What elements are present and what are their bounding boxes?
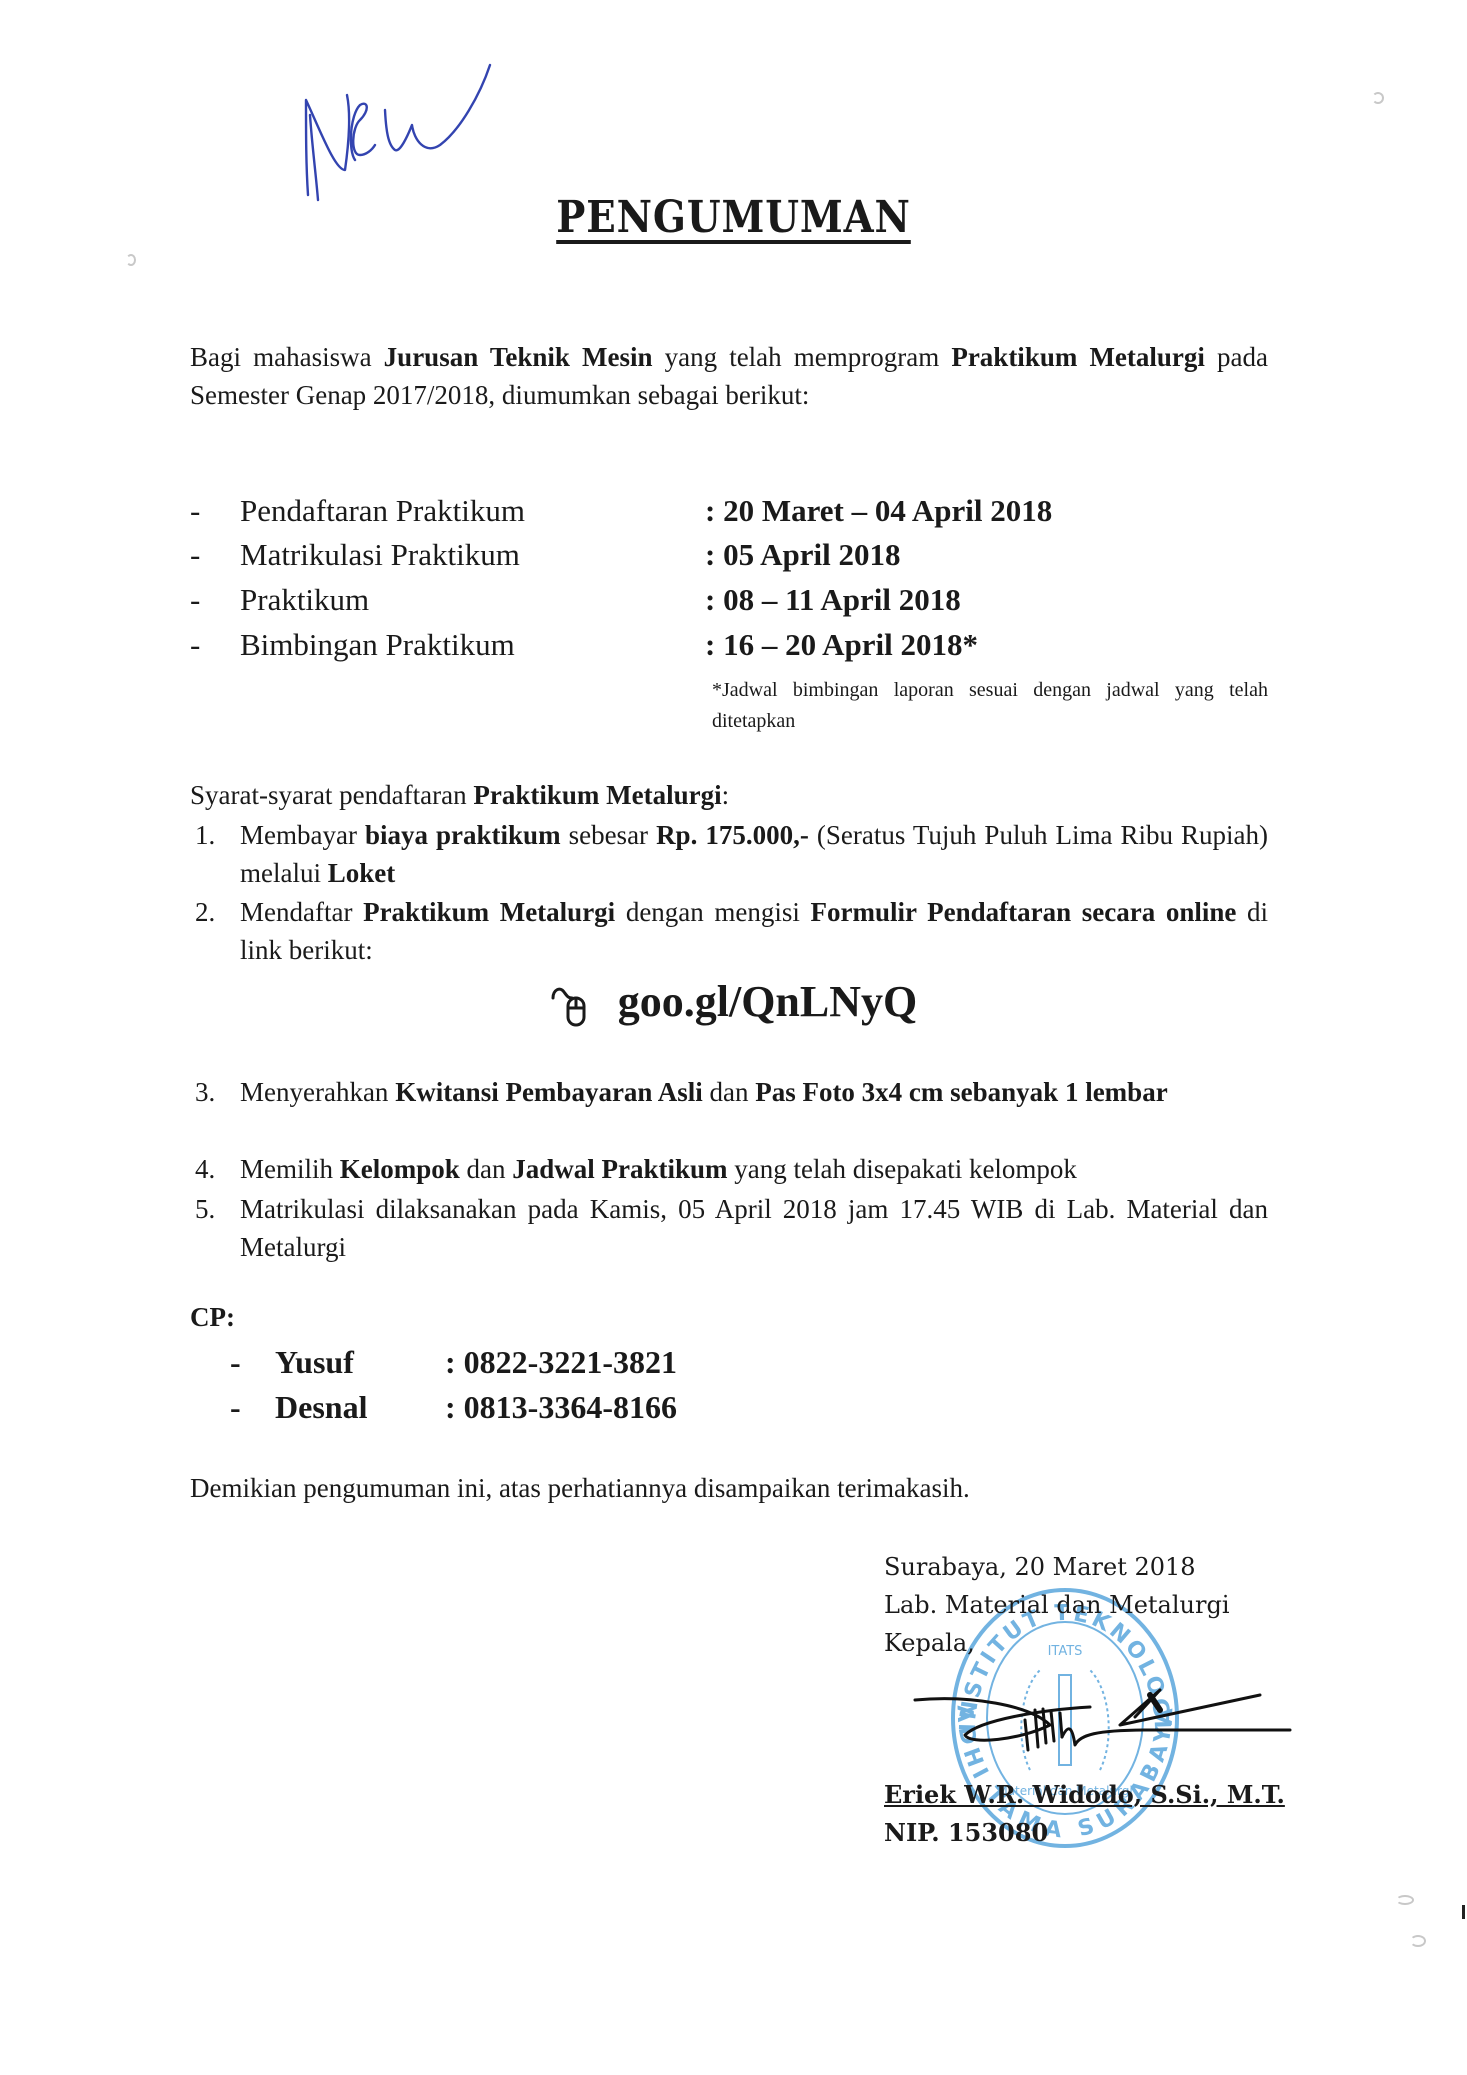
- text-run: Menyerahkan: [240, 1077, 395, 1107]
- text-run: :: [722, 780, 730, 810]
- page-title: PENGUMUMAN: [88, 192, 1379, 243]
- schedule-row: - Praktikum : 08 – 11 April 2018: [190, 582, 1290, 626]
- bullet-dash: -: [230, 1389, 241, 1426]
- bullet-dash: -: [190, 537, 200, 573]
- bullet-dash: -: [190, 627, 200, 663]
- bullet-dash: -: [190, 493, 200, 529]
- emphasized-text: Kwitansi Pembayaran Asli: [395, 1077, 703, 1107]
- item-text: Memilih Kelompok dan Jadwal Praktikum ya…: [240, 1150, 1268, 1188]
- text-run: Syarat-syarat pendaftaran: [190, 780, 473, 810]
- text-run: Matrikulasi dilaksanakan pada Kamis, 05 …: [240, 1194, 1268, 1262]
- text-run: sebesar: [561, 820, 657, 850]
- handwritten-text: New: [300, 55, 302, 56]
- schedule-value: : 08 – 11 April 2018: [705, 582, 961, 618]
- schedule-label: Bimbingan Praktikum: [240, 627, 515, 663]
- scan-speck: [1396, 1895, 1414, 1905]
- text-run: dan: [460, 1154, 512, 1184]
- schedule-label: Pendaftaran Praktikum: [240, 493, 525, 529]
- contact-name: Desnal: [275, 1389, 367, 1426]
- bullet-dash: -: [190, 582, 200, 618]
- emphasized-text: Pas Foto 3x4 cm sebanyak 1 lembar: [755, 1077, 1167, 1107]
- schedule-footnote: *Jadwal bimbingan laporan sesuai dengan …: [712, 675, 1268, 737]
- emphasized-text: Praktikum Metalurgi: [951, 342, 1205, 372]
- contact-phone: : 0813-3364-8166: [445, 1389, 677, 1426]
- emphasized-text: Formulir Pendaftaran secara online: [811, 897, 1237, 927]
- schedule-row: - Matrikulasi Praktikum : 05 April 2018: [190, 537, 1290, 581]
- schedule-value: : 20 Maret – 04 April 2018: [705, 493, 1052, 529]
- signature-block: Surabaya, 20 Maret 2018 Lab. Material da…: [884, 1548, 1344, 1662]
- contact-person-label: CP:: [190, 1302, 235, 1333]
- scan-speck: [126, 254, 136, 266]
- emphasized-text: Praktikum Metalurgi: [473, 780, 721, 810]
- emphasized-text: Jurusan Teknik Mesin: [384, 342, 653, 372]
- handwritten-signature: [910, 1685, 1300, 1770]
- item-number: 2.: [195, 893, 215, 931]
- contact-phone: : 0822-3221-3821: [445, 1344, 677, 1381]
- item-number: 1.: [195, 816, 215, 854]
- bullet-dash: -: [230, 1344, 241, 1381]
- contact-name: Yusuf: [275, 1344, 354, 1381]
- requirement-item: 4. Memilih Kelompok dan Jadwal Praktikum…: [190, 1150, 1268, 1188]
- requirements-heading: Syarat-syarat pendaftaran Praktikum Meta…: [190, 776, 729, 814]
- closing-sentence: Demikian pengumuman ini, atas perhatiann…: [190, 1469, 970, 1507]
- handwritten-new-note: New: [300, 55, 560, 205]
- signer-nip: NIP. 153080: [884, 1818, 1048, 1847]
- emphasized-text: Kelompok: [340, 1154, 460, 1184]
- requirement-item: 5. Matrikulasi dilaksanakan pada Kamis, …: [190, 1190, 1268, 1266]
- emphasized-text: Praktikum Metalurgi: [363, 897, 615, 927]
- text-run: Memilih: [240, 1154, 340, 1184]
- schedule-label: Matrikulasi Praktikum: [240, 537, 520, 573]
- item-text: Matrikulasi dilaksanakan pada Kamis, 05 …: [240, 1190, 1268, 1266]
- place-date: Surabaya, 20 Maret 2018: [884, 1548, 1344, 1586]
- emphasized-text: Rp. 175.000,-: [656, 820, 809, 850]
- text-run: Membayar: [240, 820, 365, 850]
- signer-unit: Lab. Material dan Metalurgi: [884, 1586, 1344, 1624]
- scan-edge-mark: [1462, 1905, 1465, 1919]
- schedule-row: - Bimbingan Praktikum : 16 – 20 April 20…: [190, 627, 1290, 671]
- item-text: Membayar biaya praktikum sebesar Rp. 175…: [240, 816, 1268, 892]
- requirement-item: 1. Membayar biaya praktikum sebesar Rp. …: [190, 816, 1268, 892]
- text-run: dengan mengisi: [615, 897, 810, 927]
- item-number: 3.: [195, 1073, 215, 1111]
- text-run: yang telah memprogram: [653, 342, 952, 372]
- schedule-value: : 05 April 2018: [705, 537, 900, 573]
- requirement-item: 3. Menyerahkan Kwitansi Pembayaran Asli …: [190, 1073, 1268, 1111]
- registration-link[interactable]: goo.gl/QnLNyQ: [618, 977, 918, 1026]
- signer-name: Eriek W.R. Widodo, S.Si., M.T.: [884, 1780, 1285, 1809]
- requirement-item: 2. Mendaftar Praktikum Metalurgi dengan …: [190, 893, 1268, 969]
- emphasized-text: biaya praktikum: [365, 820, 561, 850]
- schedule-row: - Pendaftaran Praktikum : 20 Maret – 04 …: [190, 493, 1290, 537]
- item-text: Mendaftar Praktikum Metalurgi dengan men…: [240, 893, 1268, 969]
- scan-speck: [1372, 92, 1384, 104]
- mouse-icon: [550, 984, 590, 1028]
- item-text: Menyerahkan Kwitansi Pembayaran Asli dan…: [240, 1073, 1268, 1111]
- text-run: Mendaftar: [240, 897, 363, 927]
- text-run: dan: [703, 1077, 755, 1107]
- emphasized-text: Loket: [328, 858, 396, 888]
- signer-role: Kepala,: [884, 1624, 1344, 1662]
- registration-link-row: goo.gl/QnLNyQ: [0, 976, 1467, 1028]
- item-number: 4.: [195, 1150, 215, 1188]
- emphasized-text: Jadwal Praktikum: [512, 1154, 727, 1184]
- schedule-value: : 16 – 20 April 2018*: [705, 627, 978, 663]
- schedule-label: Praktikum: [240, 582, 369, 618]
- scan-speck: [1410, 1935, 1426, 1947]
- item-number: 5.: [195, 1190, 215, 1228]
- text-run: yang telah disepakati kelompok: [728, 1154, 1077, 1184]
- text-run: Bagi mahasiswa: [190, 342, 384, 372]
- intro-paragraph: Bagi mahasiswa Jurusan Teknik Mesin yang…: [190, 338, 1268, 414]
